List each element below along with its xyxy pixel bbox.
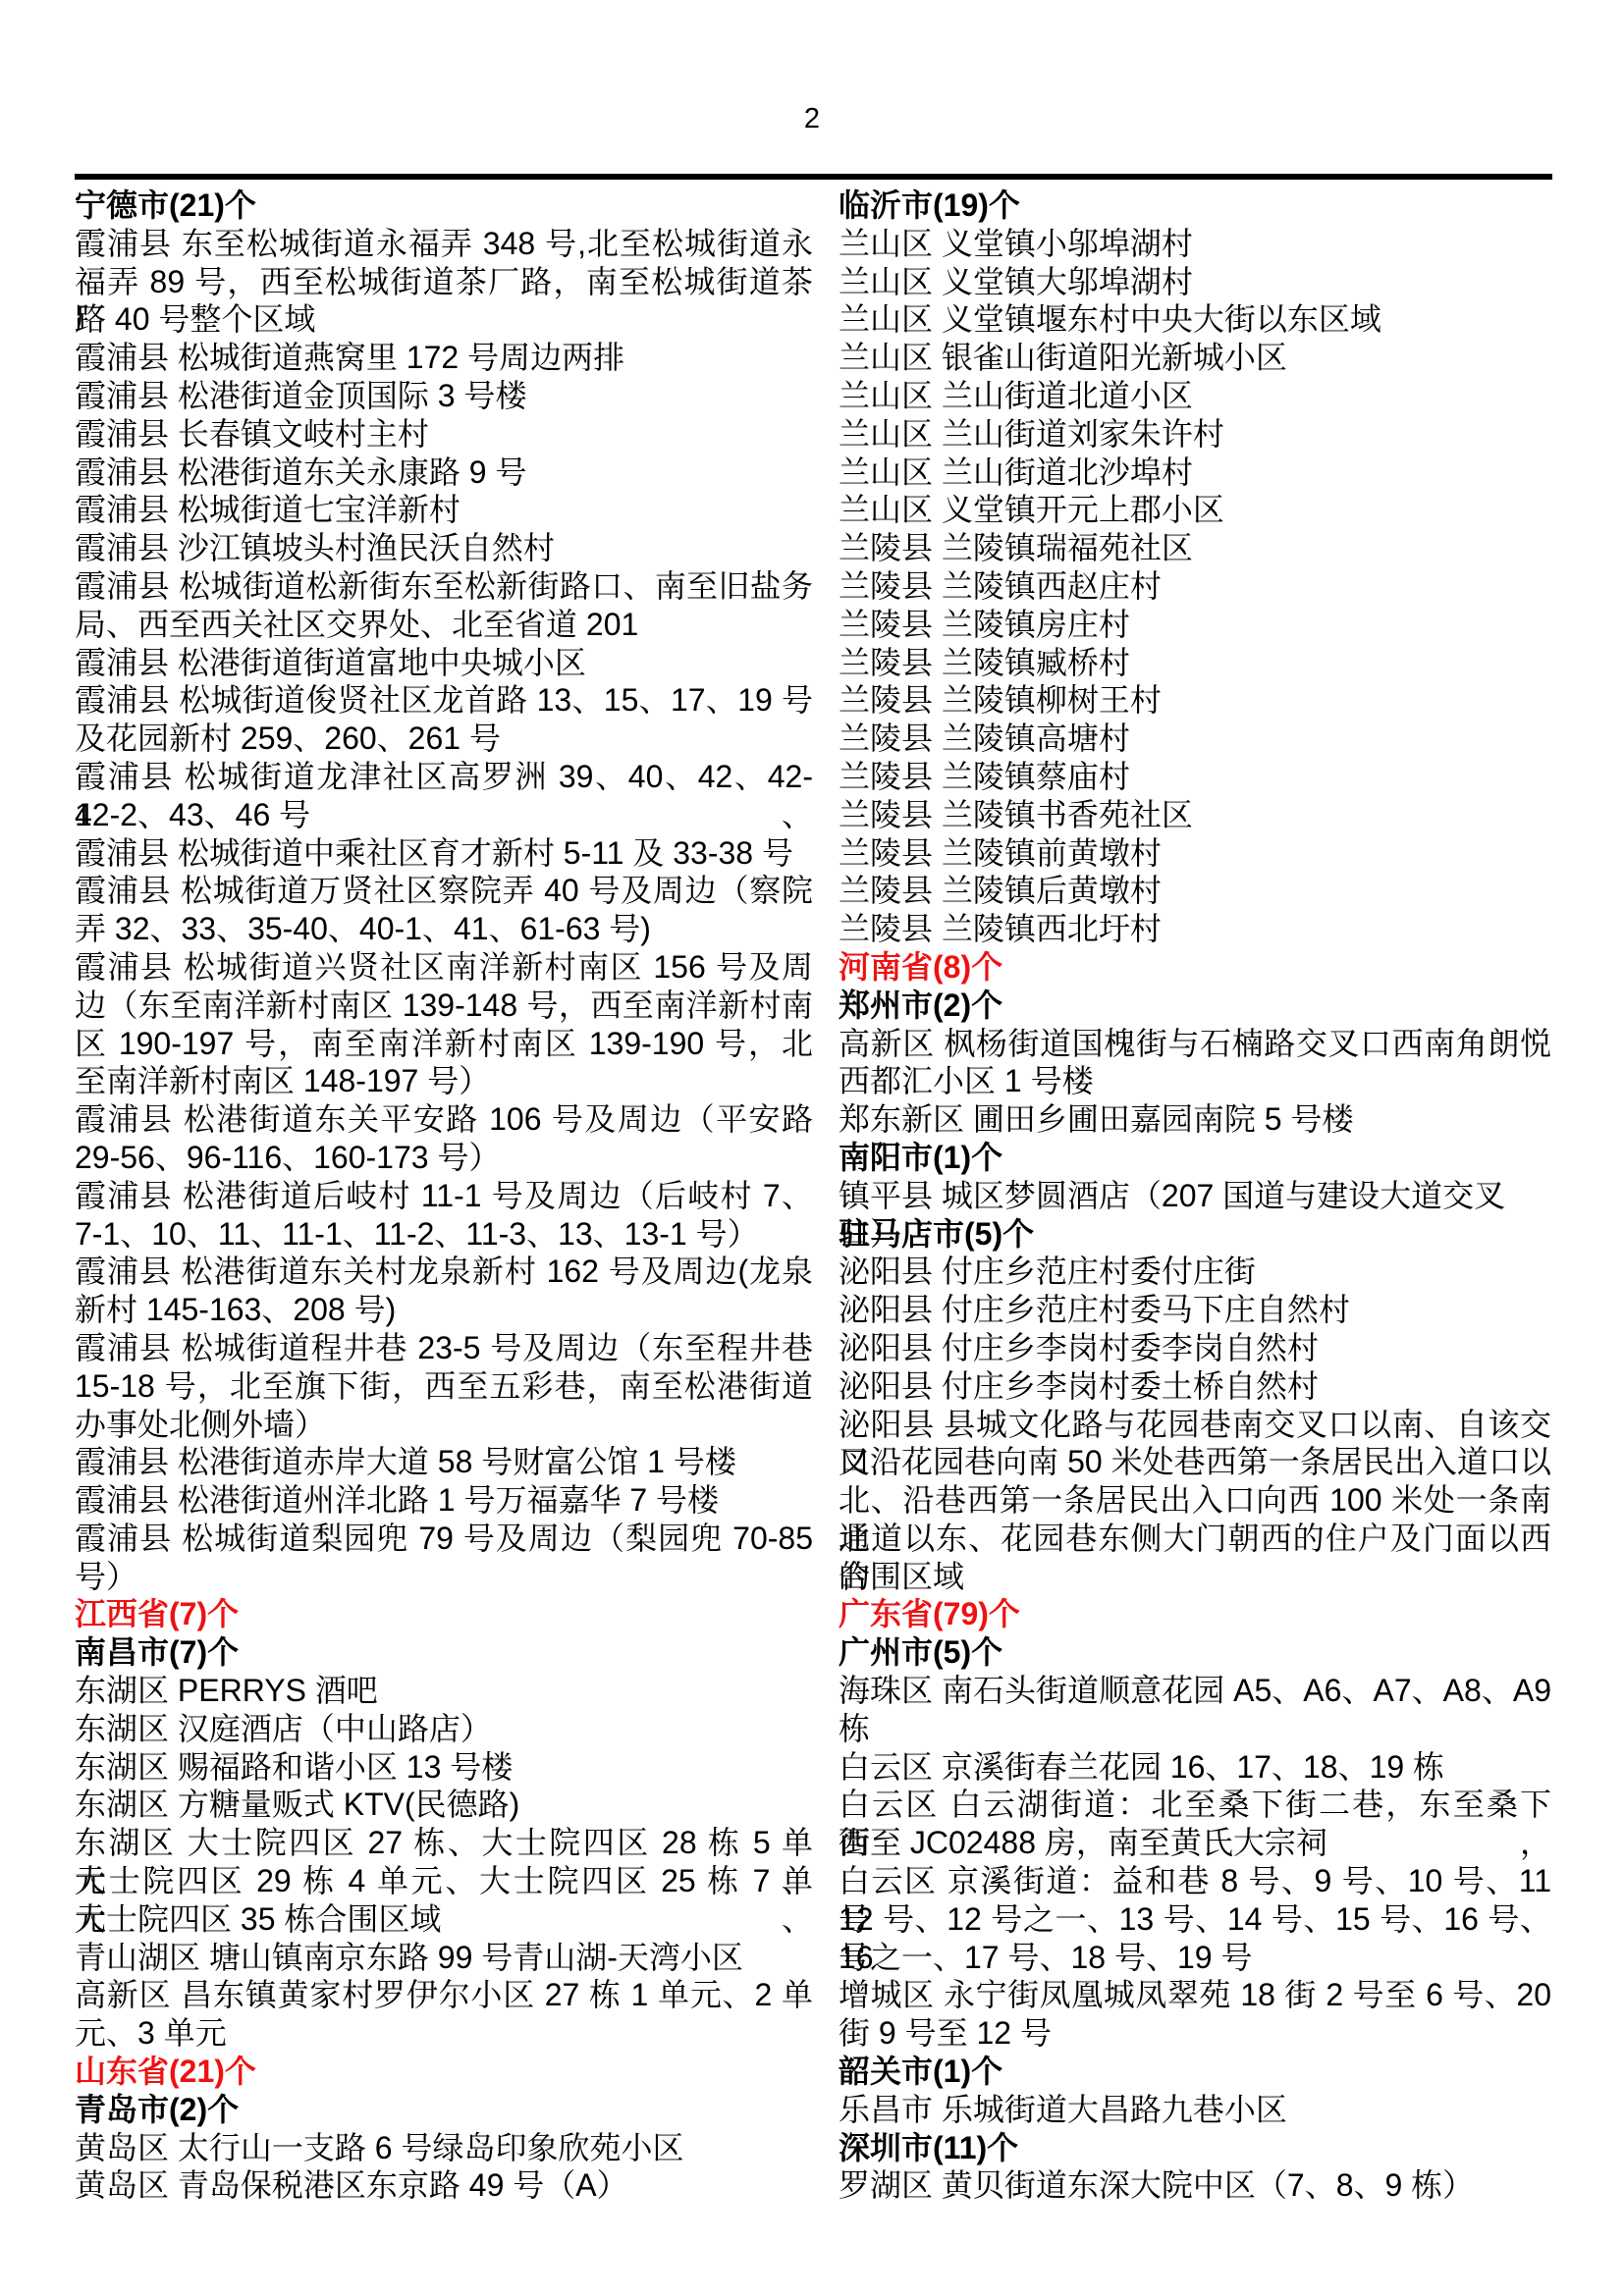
risk-area-line: 霞浦县 松城街道俊贤社区龙首路 13、15、17、19 号 xyxy=(75,681,813,720)
risk-area-line: 兰陵县 兰陵镇书香苑社区 xyxy=(839,796,1551,834)
risk-area-line: 霞浦县 松城街道松新街东至松新街路口、南至旧盐务 xyxy=(75,567,813,606)
risk-area-line: 霞浦县 松城街道龙津社区高罗洲 39、40、42、42-1、 xyxy=(75,758,813,796)
risk-area-line: 元、3 单元 xyxy=(75,2014,813,2053)
risk-area-line: 北、沿巷西第一条居民出入口向西 100 米处一条南北 xyxy=(839,1481,1551,1520)
risk-area-line: 兰陵县 兰陵镇西北圩村 xyxy=(839,910,1551,948)
risk-area-line: 霞浦县 松城街道程井巷 23-5 号及周边（东至程井巷 xyxy=(75,1329,813,1367)
risk-area-line: 29-56、96-116、160-173 号） xyxy=(75,1139,813,1177)
risk-area-line: 栋 xyxy=(839,1710,1551,1748)
risk-area-line: 区 190-197 号，南至南洋新村南区 139-190 号，北 xyxy=(75,1025,813,1063)
city-header: 南阳市(1)个 xyxy=(839,1139,1551,1177)
risk-area-line: 霞浦县 松港街道东关平安路 106 号及周边（平安路 xyxy=(75,1100,813,1139)
risk-area-line: 增城区 永宁街凤凰城凤翠苑 18 街 2 号至 6 号、20 xyxy=(839,1976,1551,2014)
risk-area-line: 兰山区 义堂镇小邬埠湖村 xyxy=(839,225,1551,263)
risk-area-line: 路 40 号整个区域 xyxy=(75,300,813,339)
risk-area-line: 霞浦县 松港街道州洋北路 1 号万福嘉华 7 号楼 xyxy=(75,1481,813,1520)
right-column: 临沂市(19)个兰山区 义堂镇小邬埠湖村兰山区 义堂镇大邬埠湖村兰山区 义堂镇堰… xyxy=(839,187,1551,2205)
risk-area-line: 白云区 白云湖街道：北至桑下街二巷，东至桑下街， xyxy=(839,1786,1551,1824)
city-header: 宁德市(21)个 xyxy=(75,187,813,225)
risk-area-line: 兰陵县 兰陵镇蔡庙村 xyxy=(839,758,1551,796)
risk-area-line: 乐昌市 乐城街道大昌路九巷小区 xyxy=(839,2091,1551,2129)
risk-area-line: 兰山区 义堂镇开元上郡小区 xyxy=(839,491,1551,529)
risk-area-line: 青山湖区 塘山镇南京东路 99 号青山湖-天湾小区 xyxy=(75,1939,813,1977)
province-header: 河南省(8)个 xyxy=(839,948,1551,987)
risk-area-line: 泌阳县 付庄乡范庄村委付庄街 xyxy=(839,1253,1551,1291)
city-header: 深圳市(11)个 xyxy=(839,2129,1551,2167)
risk-area-line: 办事处北侧外墙） xyxy=(75,1406,813,1444)
risk-area-line: 白云区 京溪街春兰花园 16、17、18、19 栋 xyxy=(839,1748,1551,1787)
risk-area-line: 15-18 号，北至旗下街，西至五彩巷，南至松港街道 xyxy=(75,1367,813,1406)
risk-area-line: 东湖区 PERRYS 酒吧 xyxy=(75,1672,813,1710)
risk-area-line: 霞浦县 松城街道中乘社区育才新村 5-11 及 33-38 号 xyxy=(75,834,813,873)
risk-area-line: 兰山区 银雀山街道阳光新城小区 xyxy=(839,339,1551,377)
risk-area-line: 兰陵县 兰陵镇后黄墩村 xyxy=(839,872,1551,910)
risk-area-line: 郑东新区 圃田乡圃田嘉园南院 5 号楼 xyxy=(839,1100,1551,1139)
city-header: 广州市(5)个 xyxy=(839,1633,1551,1672)
risk-area-line: 高新区 枫杨街道国槐街与石楠路交叉口西南角朗悦 xyxy=(839,1025,1551,1063)
risk-area-line: 霞浦县 东至松城街道永福弄 348 号,北至松城街道永 xyxy=(75,225,813,263)
risk-area-line: 号） xyxy=(75,1558,813,1596)
risk-area-line: 黄岛区 太行山一支路 6 号绿岛印象欣苑小区 xyxy=(75,2129,813,2167)
risk-area-line: 至南洋新村南区 148-197 号） xyxy=(75,1062,813,1100)
province-header: 江西省(7)个 xyxy=(75,1595,813,1633)
risk-area-line: 局、西至西关社区交界处、北至省道 201 xyxy=(75,606,813,644)
city-header: 郑州市(2)个 xyxy=(839,987,1551,1025)
risk-area-line: 西都汇小区 1 号楼 xyxy=(839,1062,1551,1100)
risk-area-line: 霞浦县 松港街道东关永康路 9 号 xyxy=(75,454,813,492)
risk-area-line: 东湖区 大士院四区 27 栋、大士院四区 28 栋 5 单元、 xyxy=(75,1824,813,1862)
city-header: 驻马店市(5)个 xyxy=(839,1215,1551,1254)
risk-area-line: 12 号、12 号之一、13 号、14 号、15 号、16 号、16 xyxy=(839,1900,1551,1939)
risk-area-line: 泌阳县 付庄乡范庄村委马下庄自然村 xyxy=(839,1291,1551,1329)
risk-area-line: 兰山区 兰山街道北沙埠村 xyxy=(839,454,1551,492)
risk-area-line: 罗湖区 黄贝街道东深大院中区（7、8、9 栋） xyxy=(839,2166,1551,2205)
risk-area-line: 兰陵县 兰陵镇高塘村 xyxy=(839,720,1551,758)
risk-area-line: 黄岛区 青岛保税港区东京路 49 号（A） xyxy=(75,2166,813,2205)
risk-area-line: 霞浦县 松城街道七宝洋新村 xyxy=(75,491,813,529)
risk-area-line: 霞浦县 松城街道梨园兜 79 号及周边（梨园兜 70-85 xyxy=(75,1520,813,1558)
risk-area-line: 霞浦县 松港街道后岐村 11-1 号及周边（后岐村 7、 xyxy=(75,1177,813,1215)
risk-area-line: 兰陵县 兰陵镇西赵庄村 xyxy=(839,567,1551,606)
risk-area-line: 东湖区 赐福路和谐小区 13 号楼 xyxy=(75,1748,813,1787)
risk-area-line: 口沿花园巷向南 50 米处巷西第一条居民出入道口以 xyxy=(839,1443,1551,1481)
document-page: 2 宁德市(21)个霞浦县 东至松城街道永福弄 348 号,北至松城街道永福弄 … xyxy=(0,0,1624,2296)
risk-area-line: 号之一、17 号、18 号、19 号 xyxy=(839,1939,1551,1977)
province-header: 山东省(21)个 xyxy=(75,2053,813,2091)
risk-area-line: 高新区 昌东镇黄家村罗伊尔小区 27 栋 1 单元、2 单 xyxy=(75,1976,813,2014)
risk-area-line: 兰山区 义堂镇堰东村中央大街以东区域 xyxy=(839,300,1551,339)
risk-area-line: 霞浦县 松港街道赤岸大道 58 号财富公馆 1 号楼 xyxy=(75,1443,813,1481)
risk-area-line: 及花园新村 259、260、261 号 xyxy=(75,720,813,758)
risk-area-line: 泌阳县 付庄乡李岗村委李岗自然村 xyxy=(839,1329,1551,1367)
risk-area-line: 霞浦县 松城街道兴贤社区南洋新村南区 156 号及周 xyxy=(75,948,813,987)
city-header: 青岛市(2)个 xyxy=(75,2091,813,2129)
risk-area-line: 泌阳县 县城文化路与花园巷南交叉口以南、自该交叉 xyxy=(839,1406,1551,1444)
risk-area-line: 镇平县 城区梦圆酒店（207 国道与建设大道交叉口） xyxy=(839,1177,1551,1215)
left-column: 宁德市(21)个霞浦县 东至松城街道永福弄 348 号,北至松城街道永福弄 89… xyxy=(75,187,813,2205)
risk-area-line: 霞浦县 松港街道东关村龙泉新村 162 号及周边(龙泉 xyxy=(75,1253,813,1291)
risk-area-line: 兰陵县 兰陵镇臧桥村 xyxy=(839,644,1551,682)
risk-area-line: 兰山区 兰山街道北道小区 xyxy=(839,377,1551,415)
risk-area-line: 霞浦县 松城街道燕窝里 172 号周边两排 xyxy=(75,339,813,377)
city-header: 临沂市(19)个 xyxy=(839,187,1551,225)
header-rule xyxy=(75,174,1552,180)
risk-area-line: 白云区 京溪街道：益和巷 8 号、9 号、10 号、11 号、 xyxy=(839,1862,1551,1900)
risk-area-line: 合围区域 xyxy=(839,1558,1551,1596)
page-number: 2 xyxy=(0,102,1624,135)
province-header: 广东省(79)个 xyxy=(839,1595,1551,1633)
risk-area-line: 弄 32、33、35-40、40-1、41、61-63 号) xyxy=(75,910,813,948)
city-header: 南昌市(7)个 xyxy=(75,1633,813,1672)
risk-area-line: 兰山区 义堂镇大邬埠湖村 xyxy=(839,263,1551,301)
risk-area-line: 霞浦县 长春镇文岐村主村 xyxy=(75,415,813,454)
risk-area-line: 兰山区 兰山街道刘家朱许村 xyxy=(839,415,1551,454)
risk-area-line: 霞浦县 沙江镇坡头村渔民沃自然村 xyxy=(75,529,813,567)
risk-area-line: 兰陵县 兰陵镇柳树王村 xyxy=(839,681,1551,720)
risk-area-line: 东湖区 方糖量贩式 KTV(民德路) xyxy=(75,1786,813,1824)
risk-area-line: 7-1、10、11、11-1、11-2、11-3、13、13-1 号） xyxy=(75,1215,813,1254)
risk-area-line: 兰陵县 兰陵镇房庄村 xyxy=(839,606,1551,644)
risk-area-line: 边（东至南洋新村南区 139-148 号，西至南洋新村南 xyxy=(75,987,813,1025)
risk-area-line: 霞浦县 松城街道万贤社区察院弄 40 号及周边（察院 xyxy=(75,872,813,910)
risk-area-line: 兰陵县 兰陵镇前黄墩村 xyxy=(839,834,1551,873)
risk-area-line: 大士院四区 29 栋 4 单元、大士院四区 25 栋 7 单元、 xyxy=(75,1862,813,1900)
risk-area-line: 街 9 号至 12 号 xyxy=(839,2014,1551,2053)
risk-area-line: 霞浦县 松港街道金顶国际 3 号楼 xyxy=(75,377,813,415)
risk-area-line: 通道以东、花园巷东侧大门朝西的住户及门面以西的 xyxy=(839,1520,1551,1558)
city-header: 韶关市(1)个 xyxy=(839,2053,1551,2091)
risk-area-line: 霞浦县 松港街道街道富地中央城小区 xyxy=(75,644,813,682)
risk-area-line: 海珠区 南石头街道顺意花园 A5、A6、A7、A8、A9 xyxy=(839,1672,1551,1710)
risk-area-line: 福弄 89 号，西至松城街道茶厂路，南至松城街道茶厂 xyxy=(75,263,813,301)
risk-area-line: 兰陵县 兰陵镇瑞福苑社区 xyxy=(839,529,1551,567)
risk-area-line: 东湖区 汉庭酒店（中山路店） xyxy=(75,1710,813,1748)
risk-area-line: 新村 145-163、208 号) xyxy=(75,1291,813,1329)
risk-area-line: 泌阳县 付庄乡李岗村委土桥自然村 xyxy=(839,1367,1551,1406)
